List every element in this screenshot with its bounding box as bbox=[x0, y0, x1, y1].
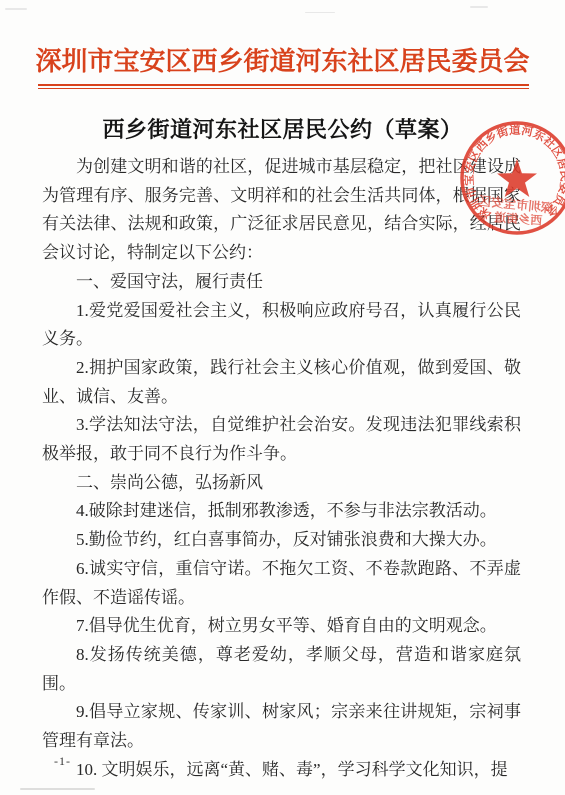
paragraph-item: 3.学法知法守法，自觉维护社会治安。发现违法犯罪线索积极举报，敢于同不良行为作斗… bbox=[42, 411, 521, 468]
paragraph-item: 4.破除封建迷信，抵制邪教渗透，不参与非法宗教活动。 bbox=[42, 497, 521, 526]
paragraph-item: 1.爱党爱国爱社会主义，积极响应政府号召，认真履行公民义务。 bbox=[42, 297, 521, 354]
paragraph-item: 2.拥护国家政策，践行社会主义核心价值观，做到爱国、敬业、诚信、友善。 bbox=[42, 354, 521, 411]
paragraph-item: 7.倡导优生优育，树立男女平等、婚育自由的文明观念。 bbox=[42, 612, 521, 641]
organization-title: 深圳市宝安区西乡街道河东社区居民委员会 bbox=[20, 42, 545, 81]
paragraph-item: 8.发扬传统美德，尊老爱幼，孝顺父母，营造和谐家庭氛围。 bbox=[42, 641, 521, 698]
document-page: 深圳市宝安区西乡街道河东社区居民委员会 西乡街道河东社区居民公约（草案） 为创建… bbox=[0, 0, 565, 795]
document-body: 为创建文明和谐的社区，促进城市基层稳定，把社区建设成为管理有序、服务完善、文明祥… bbox=[42, 153, 521, 784]
header-divider-rule bbox=[38, 84, 529, 89]
paragraph-body: 为创建文明和谐的社区，促进城市基层稳定，把社区建设成为管理有序、服务完善、文明祥… bbox=[42, 153, 521, 268]
document-title: 西乡街道河东社区居民公约（草案） bbox=[20, 113, 545, 144]
paragraph-heading: 二、崇尚公德，弘扬新风 bbox=[42, 469, 521, 498]
paragraph-item: 9.倡导立家规、传家训、树家风；宗亲来往讲规矩，宗祠事管理有章法。 bbox=[42, 698, 521, 755]
paragraph-item: 5.勤俭节约，红白喜事简办，反对铺张浪费和大操大办。 bbox=[42, 526, 521, 555]
paragraph-heading: 一、爱国守法，履行责任 bbox=[42, 268, 521, 297]
paragraph-item: 10. 文明娱乐，远离“黄、赌、毒”，学习科学文化知识，提 bbox=[42, 756, 521, 785]
paragraph-item: 6.诚实守信，重信守诺。不拖欠工资、不卷款跑路、不弄虚作假、不造谣传谣。 bbox=[42, 555, 521, 612]
